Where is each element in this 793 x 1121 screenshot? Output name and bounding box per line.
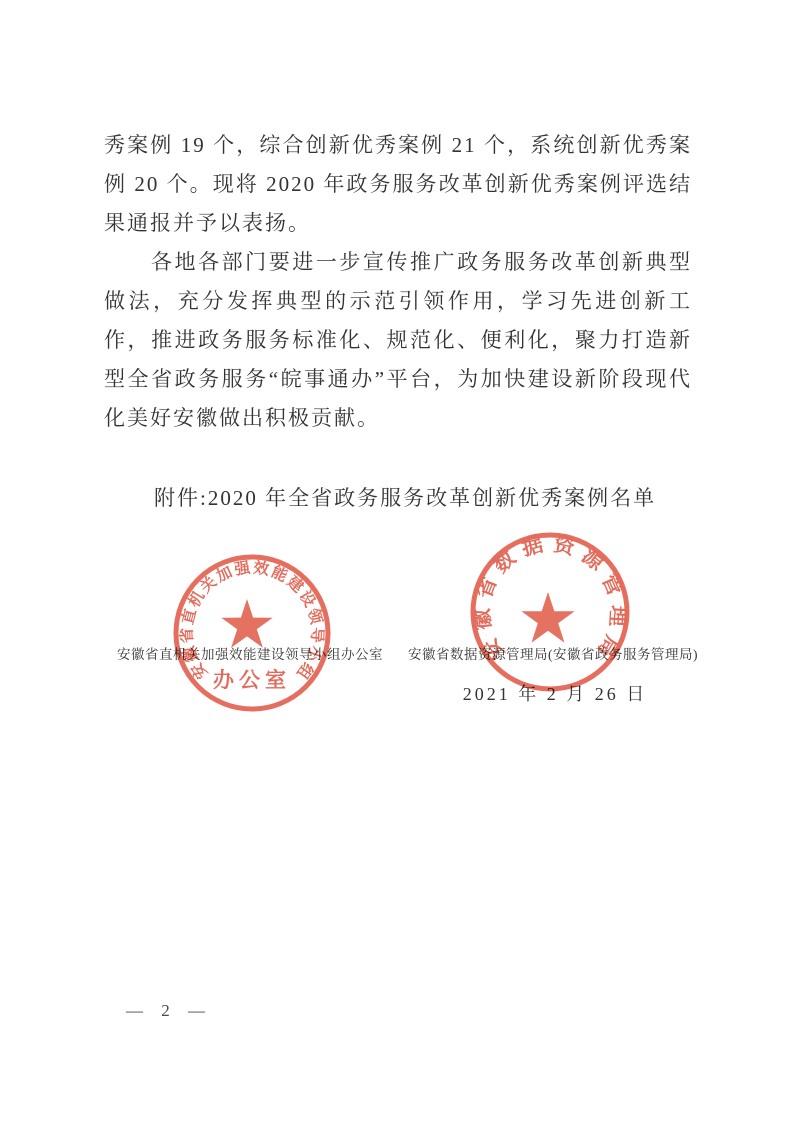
star-icon [521,592,574,643]
document-page: 秀案例 19 个，综合创新优秀案例 21 个，系统创新优秀案例 20 个。现将 … [0,0,793,1121]
seal-arc-text: 安徽省数据资源管理局 [469,532,630,665]
attachment-line: 附件:2020 年全省政务服务改革创新优秀案例名单 [104,479,692,518]
signature-date: 2021 年 2 月 26 日 [400,680,710,706]
seal-ring [473,535,627,689]
page-number: — 2 — [126,1001,212,1021]
official-seal-left: 安徽省直机关加强效能建设领导小组 办公室 [163,544,341,726]
star-icon [221,599,272,648]
body-text-block: 秀案例 19 个，综合创新优秀案例 21 个，系统创新优秀案例 20 个。现将 … [104,126,692,438]
paragraph-promotion: 各地各部门要进一步宣传推广政务服务改革创新典型做法，充分发挥典型的示范引领作用，… [104,243,692,438]
signature-right-org: 安徽省数据资源管理局(安徽省政务服务管理局) [398,646,708,664]
signature-left-org: 安徽省直机关加强效能建设领导小组办公室 [90,646,410,664]
paragraph-continued: 秀案例 19 个，综合创新优秀案例 21 个，系统创新优秀案例 20 个。现将 … [104,126,692,243]
seal-arc-text: 安徽省直机关加强效能建设领导小组 [177,558,327,684]
official-seal-right: 安徽省数据资源管理局 [462,524,638,700]
seal-office-text: 办公室 [213,668,291,692]
seal-ring [176,557,328,709]
